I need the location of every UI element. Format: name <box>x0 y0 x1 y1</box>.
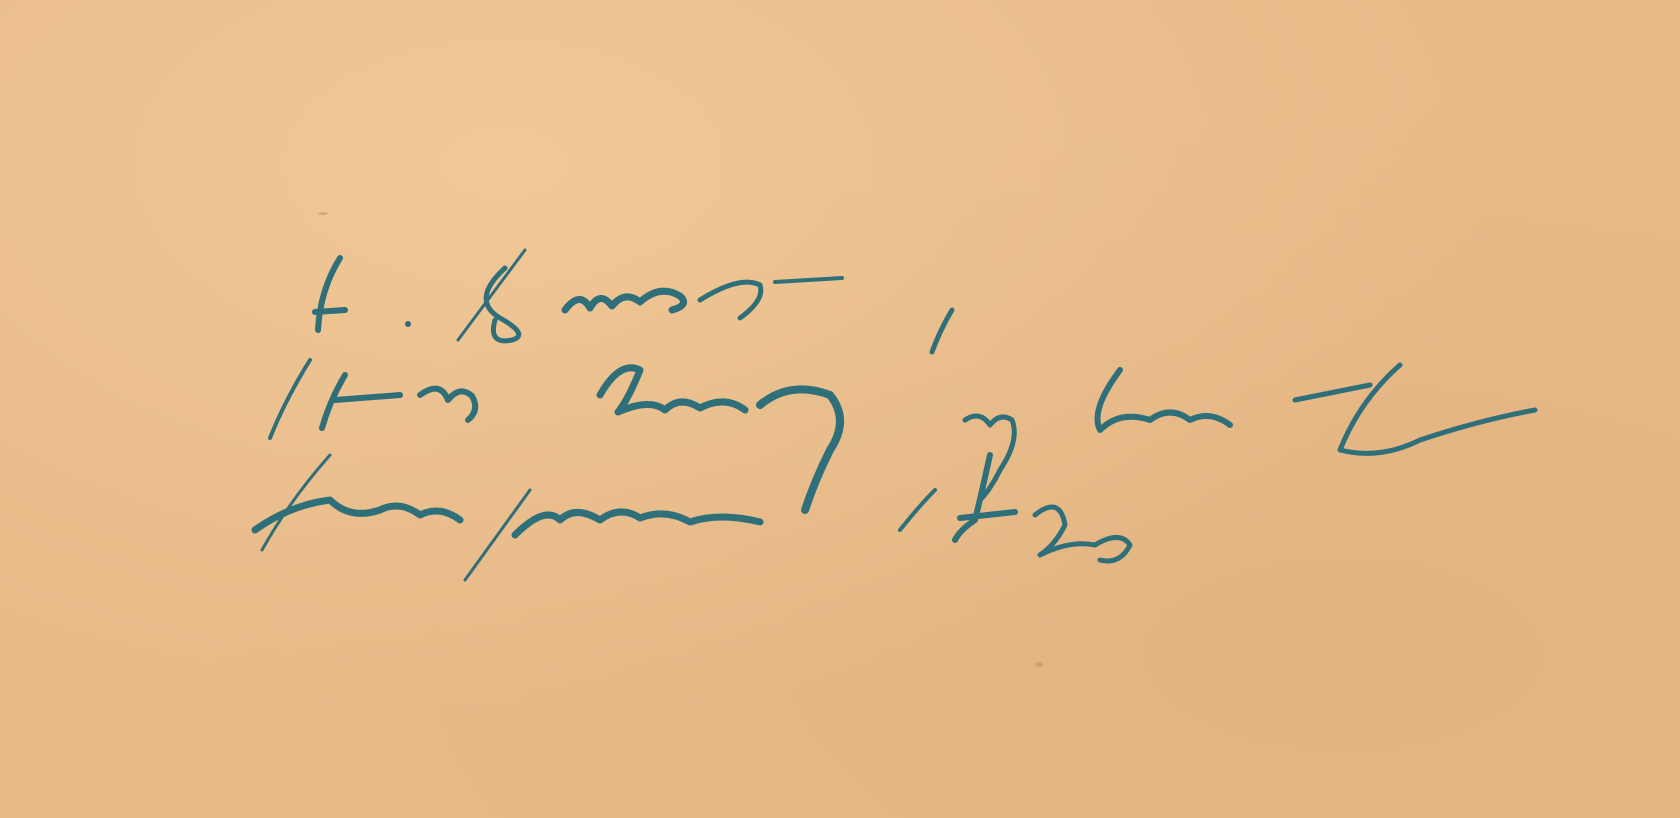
paper-sheet: J. Kunes Akvarelly ... ... 1970 <box>0 0 1680 818</box>
handwriting-strokes <box>0 0 1680 818</box>
